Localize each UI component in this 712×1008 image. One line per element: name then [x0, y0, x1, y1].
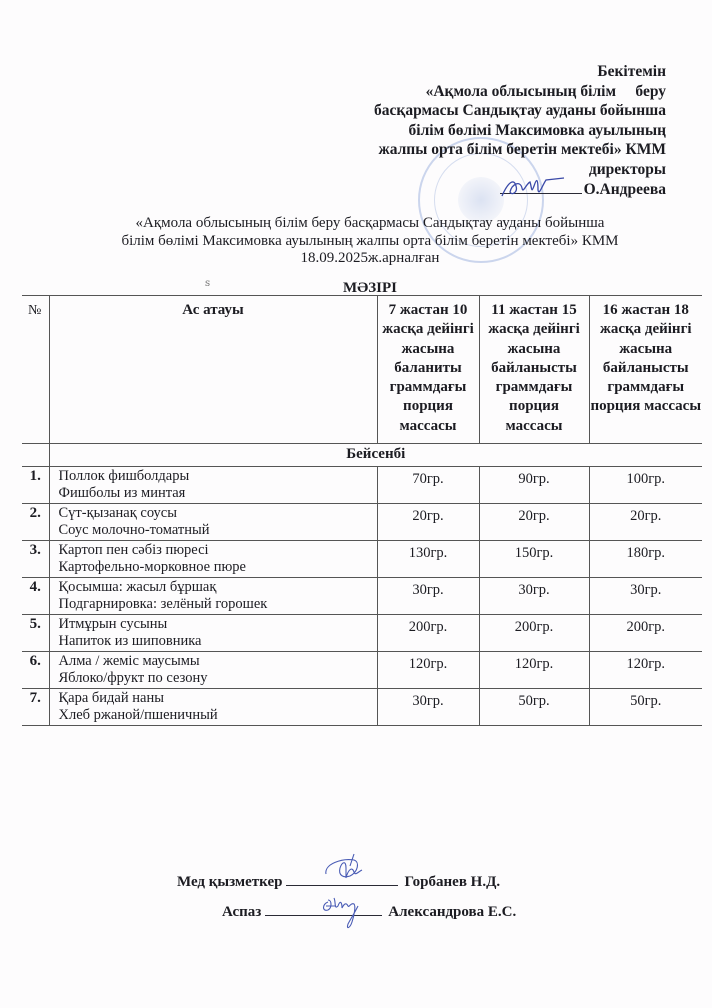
portion-cell: 50гр.: [589, 689, 702, 726]
medic-name: Горбанев Н.Д.: [404, 874, 500, 890]
dish-name-cell: Қосымша: жасыл бұршақПодгарнировка: зелё…: [49, 578, 377, 615]
dish-name-kazakh: Сүт-қызанақ соусы: [59, 505, 377, 522]
table-row: 7.Қара бидай наныХлеб ржаной/пшеничный30…: [22, 689, 702, 726]
column-header-age-7-10: 7 жастан 10 жасқа дейінгі жасына баланит…: [377, 296, 479, 444]
dish-name-cell: Қара бидай наныХлеб ржаной/пшеничный: [49, 689, 377, 726]
dish-name-kazakh: Картоп пен сәбіз пюресі: [59, 542, 377, 559]
day-row-spacer: [22, 444, 49, 467]
portion-cell: 150гр.: [479, 541, 589, 578]
medic-signature-underline: [286, 884, 398, 886]
cook-signature-row: АспазАлександрова Е.С.: [222, 904, 516, 921]
medic-role: Мед қызметкер: [177, 874, 282, 890]
dish-name-cell: Картоп пен сәбіз пюресіКартофельно-морко…: [49, 541, 377, 578]
portion-cell: 200гр.: [479, 615, 589, 652]
portion-cell: 20гр.: [589, 504, 702, 541]
portion-cell: 20гр.: [377, 504, 479, 541]
cook-name: Александрова Е.С.: [388, 904, 516, 920]
table-row: 3.Картоп пен сәбіз пюресіКартофельно-мор…: [22, 541, 702, 578]
medic-signature-row: Мед қызметкерГорбанев Н.Д.: [177, 874, 500, 891]
column-header-age-16-18: 16 жастан 18 жасқа дейінгі жасына байлан…: [589, 296, 702, 444]
heading-line: «Ақмола облысының білім беру басқармасы …: [60, 215, 680, 233]
portion-cell: 120гр.: [479, 652, 589, 689]
document-heading: «Ақмола облысының білім беру басқармасы …: [60, 215, 680, 268]
dish-name-kazakh: Поллок фишболдары: [59, 468, 377, 485]
portion-cell: 200гр.: [377, 615, 479, 652]
table-header-row: № Ас атауы 7 жастан 10 жасқа дейінгі жас…: [22, 296, 702, 444]
director-name: О.Андреева: [584, 181, 666, 198]
approval-line: директоры: [306, 160, 666, 180]
column-header-number: №: [22, 296, 49, 444]
dish-name-russian: Картофельно-морковное пюре: [59, 559, 377, 576]
row-number: 3.: [22, 541, 49, 578]
cook-role: Аспаз: [222, 904, 261, 920]
row-number: 1.: [22, 467, 49, 504]
approval-line: жалпы орта білім беретін мектебі» КММ: [306, 140, 666, 160]
portion-cell: 120гр.: [589, 652, 702, 689]
table-row: 2.Сүт-қызанақ соусыСоус молочно-томатный…: [22, 504, 702, 541]
dish-name-kazakh: Алма / жеміс маусымы: [59, 653, 377, 670]
dish-name-russian: Фишболы из минтая: [59, 485, 377, 502]
dish-name-russian: Хлеб ржаной/пшеничный: [59, 707, 377, 724]
row-number: 7.: [22, 689, 49, 726]
dish-name-russian: Яблоко/фрукт по сезону: [59, 670, 377, 687]
director-signature-line: О.Андреева: [306, 180, 666, 200]
portion-cell: 20гр.: [479, 504, 589, 541]
signature-underline: [500, 192, 582, 194]
dish-name-cell: Поллок фишболдарыФишболы из минтая: [49, 467, 377, 504]
row-number: 2.: [22, 504, 49, 541]
column-header-dish: Ас атауы: [49, 296, 377, 444]
table-row: 1.Поллок фишболдарыФишболы из минтая70гр…: [22, 467, 702, 504]
portion-cell: 130гр.: [377, 541, 479, 578]
portion-cell: 30гр.: [377, 689, 479, 726]
approval-block: Бекітемін «Ақмола облысының білім беру б…: [306, 62, 666, 199]
approval-line: Бекітемін: [306, 62, 666, 82]
day-label: Бейсенбі: [49, 444, 702, 467]
portion-cell: 90гр.: [479, 467, 589, 504]
document-page: Бекітемін «Ақмола облысының білім беру б…: [0, 0, 712, 1008]
dish-name-kazakh: Қосымша: жасыл бұршақ: [59, 579, 377, 596]
table-row: 5.Итмұрын сусыныНапиток из шиповника200г…: [22, 615, 702, 652]
approval-line: «Ақмола облысының білім беру: [306, 82, 666, 102]
portion-cell: 30гр.: [479, 578, 589, 615]
dish-name-russian: Напиток из шиповника: [59, 633, 377, 650]
column-header-age-11-15: 11 жастан 15 жасқа дейінгі жасына байлан…: [479, 296, 589, 444]
portion-cell: 100гр.: [589, 467, 702, 504]
row-number: 6.: [22, 652, 49, 689]
portion-cell: 120гр.: [377, 652, 479, 689]
portion-cell: 30гр.: [589, 578, 702, 615]
row-number: 5.: [22, 615, 49, 652]
portion-cell: 70гр.: [377, 467, 479, 504]
cook-signature-underline: [265, 914, 382, 916]
dish-name-russian: Соус молочно-томатный: [59, 522, 377, 539]
heading-line: білім бөлімі Максимовка ауылының жалпы о…: [60, 233, 680, 251]
dish-name-cell: Итмұрын сусыныНапиток из шиповника: [49, 615, 377, 652]
portion-cell: 50гр.: [479, 689, 589, 726]
table-row: 4.Қосымша: жасыл бұршақПодгарнировка: зе…: [22, 578, 702, 615]
dish-name-russian: Подгарнировка: зелёный горошек: [59, 596, 377, 613]
approval-line: білім бөлімі Максимовка ауылының: [306, 121, 666, 141]
row-number: 4.: [22, 578, 49, 615]
dish-name-kazakh: Қара бидай наны: [59, 690, 377, 707]
heading-date: 18.09.2025ж.арналған: [60, 250, 680, 268]
dish-name-cell: Сүт-қызанақ соусыСоус молочно-томатный: [49, 504, 377, 541]
dish-name-cell: Алма / жеміс маусымыЯблоко/фрукт по сезо…: [49, 652, 377, 689]
menu-table: № Ас атауы 7 жастан 10 жасқа дейінгі жас…: [22, 295, 702, 726]
dish-name-kazakh: Итмұрын сусыны: [59, 616, 377, 633]
portion-cell: 30гр.: [377, 578, 479, 615]
portion-cell: 180гр.: [589, 541, 702, 578]
portion-cell: 200гр.: [589, 615, 702, 652]
approval-line: басқармасы Сандықтау ауданы бойынша: [306, 101, 666, 121]
day-row: Бейсенбі: [22, 444, 702, 467]
table-row: 6.Алма / жеміс маусымыЯблоко/фрукт по се…: [22, 652, 702, 689]
